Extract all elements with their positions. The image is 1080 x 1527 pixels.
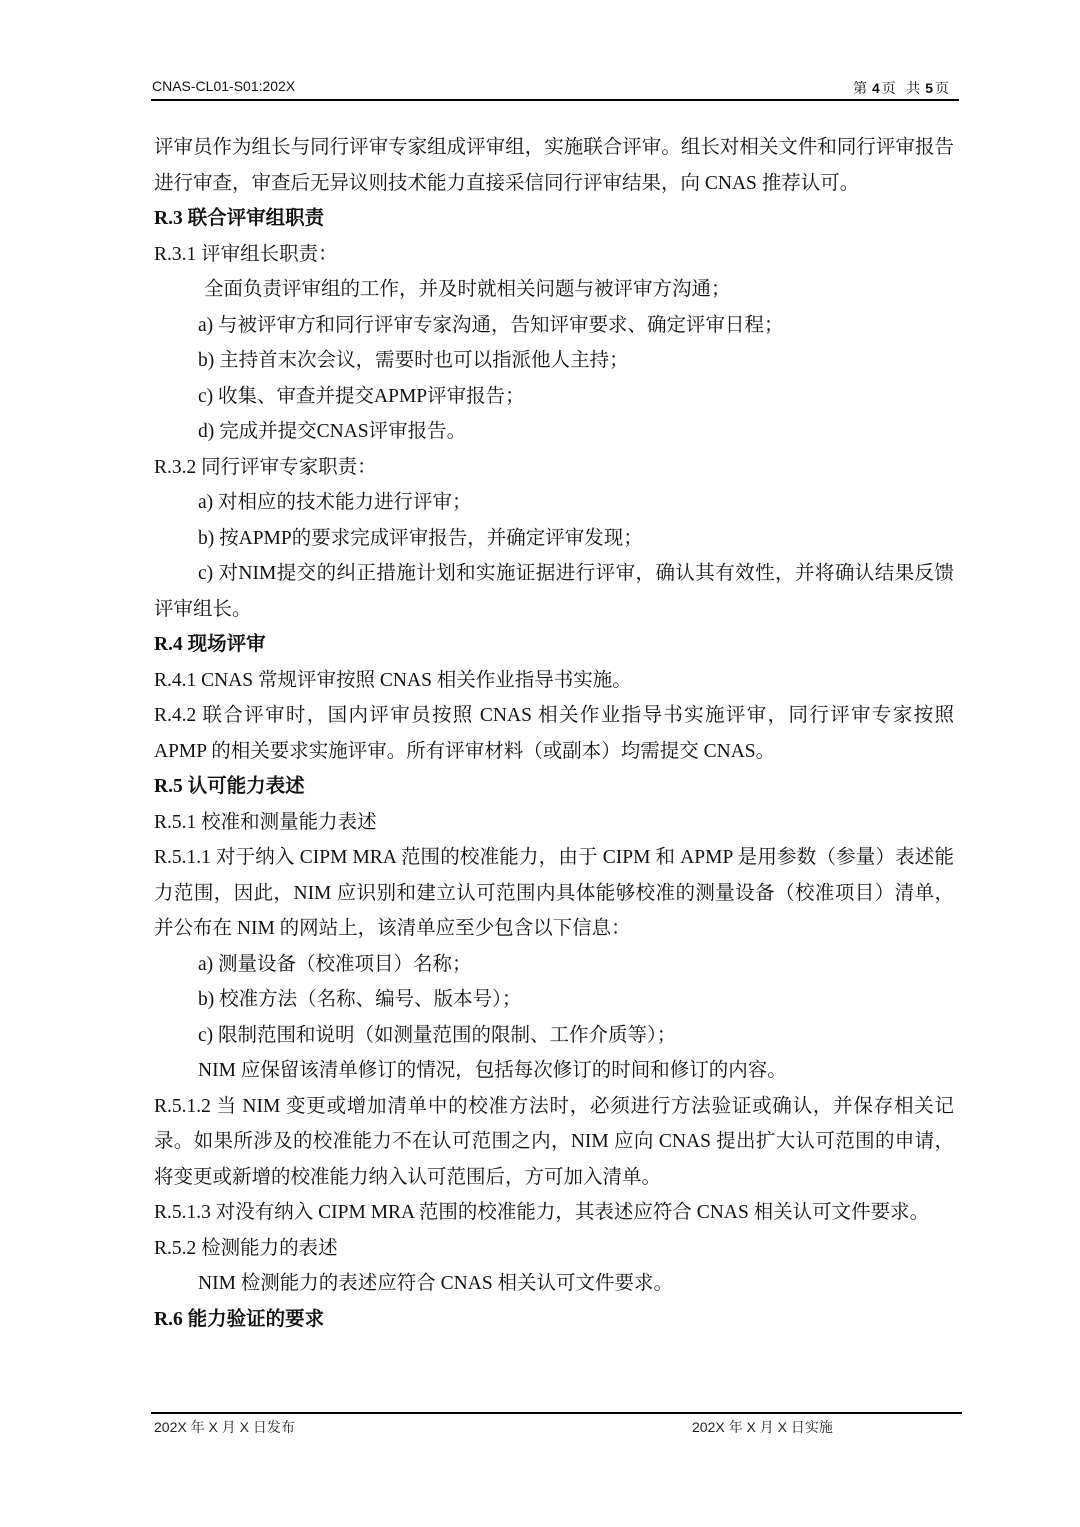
list-item: b) 主持首末次会议，需要时也可以指派他人主持； bbox=[154, 343, 954, 379]
issue-date: 202X 年 X 月 X 日发布 bbox=[154, 1417, 295, 1437]
subsection-title-r31: R.3.1 评审组长职责： bbox=[154, 237, 954, 273]
list-item: c) 限制范围和说明（如测量范围的限制、工作介质等）； bbox=[154, 1018, 954, 1054]
current-page: 4 bbox=[872, 80, 880, 96]
clause-r512: R.5.1.2 当 NIM 变更或增加清单中的校准方法时，必须进行方法验证或确认… bbox=[154, 1089, 954, 1196]
page-mid: 页 共 bbox=[882, 81, 923, 97]
list-item: c) 对NIM提交的纠正措施计划和实施证据进行评审，确认其有效性，并将确认结果反… bbox=[154, 556, 954, 627]
r51-note: NIM 应保留该清单修订的情况，包括每次修订的时间和修订的内容。 bbox=[154, 1053, 954, 1089]
section-heading-r4: R.4 现场评审 bbox=[154, 627, 954, 663]
subsection-title-r51: R.5.1 校准和测量能力表述 bbox=[154, 805, 954, 841]
r31-intro: 全面负责评审组的工作，并及时就相关问题与被评审方沟通； bbox=[154, 272, 954, 308]
page-prefix: 第 bbox=[853, 81, 870, 97]
total-pages: 5 bbox=[925, 80, 933, 96]
list-item: b) 按APMP的要求完成评审报告，并确定评审发现； bbox=[154, 521, 954, 557]
intro-paragraph: 评审员作为组长与同行评审专家组成评审组，实施联合评审。组长对相关文件和同行评审报… bbox=[154, 130, 954, 201]
section-heading-r3: R.3 联合评审组职责 bbox=[154, 201, 954, 237]
list-item: a) 与被评审方和同行评审专家沟通，告知评审要求、确定评审日程； bbox=[154, 308, 954, 344]
list-item: d) 完成并提交CNAS评审报告。 bbox=[154, 414, 954, 450]
section-heading-r6: R.6 能力验证的要求 bbox=[154, 1302, 954, 1338]
page-number-info: 第4页 共5页 bbox=[853, 78, 952, 98]
list-item: a) 测量设备（校准项目）名称； bbox=[154, 947, 954, 983]
section-heading-r5: R.5 认可能力表述 bbox=[154, 769, 954, 805]
subsection-title-r32: R.3.2 同行评审专家职责： bbox=[154, 450, 954, 486]
list-item: c) 收集、审查并提交APMP评审报告； bbox=[154, 379, 954, 415]
page-suffix: 页 bbox=[935, 81, 952, 97]
document-body: 评审员作为组长与同行评审专家组成评审组，实施联合评审。组长对相关文件和同行评审报… bbox=[154, 130, 954, 1337]
effective-date: 202X 年 X 月 X 日实施 bbox=[692, 1417, 833, 1437]
clause-r513: R.5.1.3 对没有纳入 CIPM MRA 范围的校准能力，其表述应符合 CN… bbox=[154, 1195, 954, 1231]
header-divider bbox=[151, 99, 959, 101]
clause-r41: R.4.1 CNAS 常规评审按照 CNAS 相关作业指导书实施。 bbox=[154, 663, 954, 699]
list-item: a) 对相应的技术能力进行评审； bbox=[154, 485, 954, 521]
clause-r42: R.4.2 联合评审时，国内评审员按照 CNAS 相关作业指导书实施评审，同行评… bbox=[154, 698, 954, 769]
page-header: CNAS-CL01-S01:202X 第4页 共5页 bbox=[152, 78, 958, 98]
document-id: CNAS-CL01-S01:202X bbox=[152, 78, 295, 94]
subsection-title-r52: R.5.2 检测能力的表述 bbox=[154, 1231, 954, 1267]
r52-text: NIM 检测能力的表述应符合 CNAS 相关认可文件要求。 bbox=[154, 1266, 954, 1302]
clause-r511: R.5.1.1 对于纳入 CIPM MRA 范围的校准能力，由于 CIPM 和 … bbox=[154, 840, 954, 947]
list-item: b) 校准方法（名称、编号、版本号）； bbox=[154, 982, 954, 1018]
footer-divider bbox=[151, 1412, 962, 1414]
